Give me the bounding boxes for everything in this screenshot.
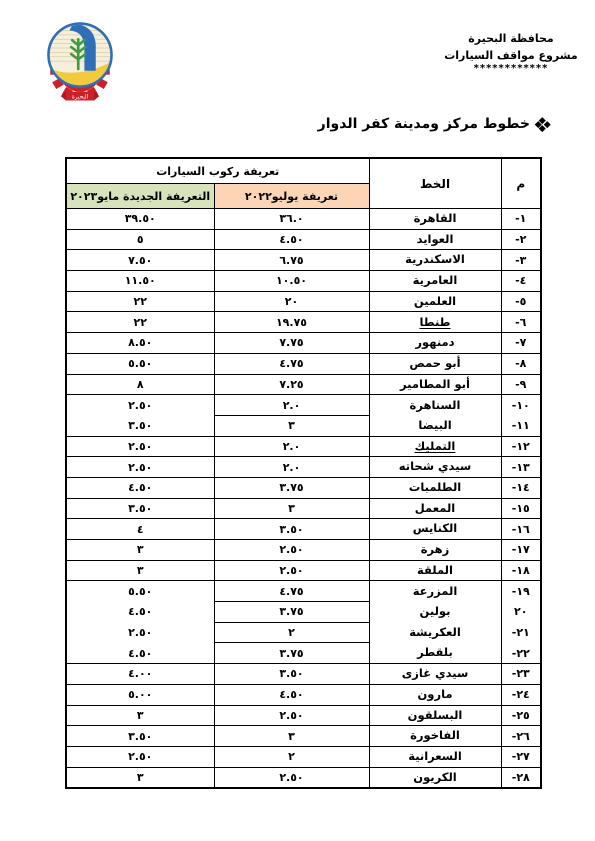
row-number-cell: -١٣ <box>501 457 541 478</box>
row-number-cell: -٧ <box>501 333 541 354</box>
may-tariff-cell: ٣ <box>66 540 214 561</box>
july-tariff-cell: ٣.٧٥ <box>214 602 369 623</box>
may-tariff-cell: ٣.٥٠ <box>66 415 214 436</box>
line-name-cell: الاسكندرية <box>369 250 501 271</box>
document-title: خطوط مركز ومدينة كفر الدوار <box>318 116 548 132</box>
july-tariff-cell: ٢.٥٠ <box>214 540 369 561</box>
may-tariff-cell: ٥ <box>66 229 214 250</box>
table-row: -٣الاسكندرية٦.٧٥٧.٥٠ <box>66 250 541 271</box>
line-name-cell: الكنايس <box>369 519 501 540</box>
may-tariff-cell: ٨.٥٠ <box>66 333 214 354</box>
july-tariff-cell: ٢.٠ <box>214 436 369 457</box>
row-number-cell: -٤ <box>501 271 541 292</box>
july-tariff-cell: ٢ <box>214 746 369 767</box>
row-number-cell: -٣ <box>501 250 541 271</box>
logo-ribbon-text: البحيرة <box>72 94 89 100</box>
table-row: -١القاهرة٣٦.٠٣٩.٥٠ <box>66 209 541 230</box>
line-name-cell: الكريون <box>369 767 501 788</box>
july-tariff-cell: ٣.٥٠ <box>214 664 369 685</box>
table-row: -٢٣سيدي غازى٣.٥٠٤.٠٠ <box>66 664 541 685</box>
table-row: -٢العوايد٤.٥٠٥ <box>66 229 541 250</box>
line-name-cell: الفاخورة <box>369 726 501 747</box>
may-tariff-cell: ٣٩.٥٠ <box>66 209 214 230</box>
may-tariff-cell: ٢.٥٠ <box>66 395 214 416</box>
table-row: -١٥المعمل٣٣.٥٠ <box>66 498 541 519</box>
line-name-cell: دمنهور <box>369 333 501 354</box>
row-number-cell: -١٠ <box>501 395 541 416</box>
may-tariff-cell: ٢.٥٠ <box>66 436 214 457</box>
tariff-table-container: م الخط تعريفة ركوب السيارات تعريفة يوليو… <box>65 157 542 789</box>
table-row: -٨أبو حمص٤.٧٥٥.٥٠ <box>66 353 541 374</box>
beheira-governorate-logo: البحيرة <box>36 20 124 104</box>
july-tariff-cell: ٢.٠ <box>214 457 369 478</box>
row-number-cell: -٢٧ <box>501 746 541 767</box>
july-tariff-cell: ١٠.٥٠ <box>214 271 369 292</box>
july-tariff-cell: ٣ <box>214 415 369 436</box>
title-text: خطوط مركز ومدينة كفر الدوار <box>318 116 530 132</box>
table-row: -٢٤مارون٤.٥٠٥.٠٠ <box>66 684 541 705</box>
logo-ribbon: البحيرة <box>61 92 100 101</box>
may-tariff-cell: ٨ <box>66 374 214 395</box>
may-tariff-cell: ٤.٥٠ <box>66 602 214 623</box>
may-tariff-cell: ٧.٥٠ <box>66 250 214 271</box>
july-tariff-cell: ٤.٥٠ <box>214 229 369 250</box>
governorate-name: محافظة البحيرة <box>441 30 581 47</box>
col-header-number: م <box>501 158 541 209</box>
july-tariff-cell: ١٩.٧٥ <box>214 312 369 333</box>
table-row: -٥العلمين٢٠٢٢ <box>66 291 541 312</box>
line-name-cell: البسلقون <box>369 705 501 726</box>
may-tariff-cell: ١١.٥٠ <box>66 271 214 292</box>
table-row: -٩أبو المطامير٧.٢٥٨ <box>66 374 541 395</box>
july-tariff-cell: ٣.٧٥ <box>214 643 369 664</box>
may-tariff-cell: ٤ <box>66 519 214 540</box>
may-tariff-cell: ٣.٥٠ <box>66 726 214 747</box>
table-row: -٧دمنهور٧.٧٥٨.٥٠ <box>66 333 541 354</box>
table-row: -١٣سيدي شحاته٢.٠٢.٥٠ <box>66 457 541 478</box>
table-row: -٢٢بلقطر٣.٧٥٤.٥٠ <box>66 643 541 664</box>
may-tariff-cell: ٢.٥٠ <box>66 746 214 767</box>
line-name-cell: طنطا <box>369 312 501 333</box>
line-name-cell: العلمين <box>369 291 501 312</box>
table-row: ٢٠بولين٣.٧٥٤.٥٠ <box>66 602 541 623</box>
table-row: -٢٦الفاخورة٣٣.٥٠ <box>66 726 541 747</box>
july-tariff-cell: ٧.٢٥ <box>214 374 369 395</box>
row-number-cell: -٢ <box>501 229 541 250</box>
org-header: محافظة البحيرة مشروع مواقف السيارات ****… <box>441 30 581 74</box>
line-name-cell: العامرية <box>369 271 501 292</box>
row-number-cell: -١٩ <box>501 581 541 602</box>
stars-divider: ************ <box>441 64 581 74</box>
line-name-cell: سيدي شحاته <box>369 457 501 478</box>
table-row: -١٨الملقة٢.٥٠٣ <box>66 560 541 581</box>
line-name-cell: سيدي غازى <box>369 664 501 685</box>
row-number-cell: -١٦ <box>501 519 541 540</box>
july-tariff-cell: ٣ <box>214 726 369 747</box>
row-number-cell: -١٢ <box>501 436 541 457</box>
line-name-cell: السناهرة <box>369 395 501 416</box>
line-name-cell: أبو المطامير <box>369 374 501 395</box>
july-tariff-cell: ٣ <box>214 498 369 519</box>
row-number-cell: -٢٣ <box>501 664 541 685</box>
may-tariff-cell: ٤.٠٠ <box>66 664 214 685</box>
july-tariff-cell: ٣٦.٠ <box>214 209 369 230</box>
table-row: -٢٥البسلقون٢.٥٠٣ <box>66 705 541 726</box>
row-number-cell: -١١ <box>501 415 541 436</box>
row-number-cell: -٢٢ <box>501 643 541 664</box>
line-name-cell: بلقطر <box>369 643 501 664</box>
may-tariff-cell: ٣ <box>66 767 214 788</box>
may-tariff-cell: ٢.٥٠ <box>66 457 214 478</box>
table-row: -١١البيضا٣٣.٥٠ <box>66 415 541 436</box>
table-row: -١٩المزرعة٤.٧٥٥.٥٠ <box>66 581 541 602</box>
july-tariff-cell: ٢٠ <box>214 291 369 312</box>
may-tariff-cell: ٣ <box>66 560 214 581</box>
table-row: -١٠السناهرة٢.٠٢.٥٠ <box>66 395 541 416</box>
july-tariff-cell: ٣.٧٥ <box>214 477 369 498</box>
row-number-cell: -٩ <box>501 374 541 395</box>
july-tariff-cell: ٢.٠ <box>214 395 369 416</box>
tariff-group-header: تعريفة ركوب السيارات <box>66 158 369 184</box>
row-number-cell: ٢٠ <box>501 602 541 623</box>
row-number-cell: -٢٤ <box>501 684 541 705</box>
table-row: -٢٧السعرانية٢٢.٥٠ <box>66 746 541 767</box>
table-row: -٢٨الكريون٢.٥٠٣ <box>66 767 541 788</box>
may-tariff-cell: ٣.٥٠ <box>66 498 214 519</box>
project-name: مشروع مواقف السيارات <box>441 47 581 64</box>
row-number-cell: -١٥ <box>501 498 541 519</box>
line-name-cell: العكريشة <box>369 622 501 643</box>
tariff-table: م الخط تعريفة ركوب السيارات تعريفة يوليو… <box>65 157 542 789</box>
line-name-cell: مارون <box>369 684 501 705</box>
document-page: البحيرة محافظة البحيرة مشروع مواقف السيا… <box>0 0 595 841</box>
line-name-cell: التمليك <box>369 436 501 457</box>
line-name-cell: أبو حمص <box>369 353 501 374</box>
may-tariff-cell: ٤.٥٠ <box>66 477 214 498</box>
may-tariff-cell: ٤.٥٠ <box>66 643 214 664</box>
may-header-cell: التعريفة الجديدة مايو٢٠٢٣ <box>66 184 214 209</box>
may-tariff-cell: ٢.٥٠ <box>66 622 214 643</box>
line-name-cell: العوايد <box>369 229 501 250</box>
line-name-cell: المعمل <box>369 498 501 519</box>
july-tariff-cell: ٤.٧٥ <box>214 581 369 602</box>
line-name-cell: البيضا <box>369 415 501 436</box>
line-name-cell: القاهرة <box>369 209 501 230</box>
table-row: -١٧زهرة٢.٥٠٣ <box>66 540 541 561</box>
row-number-cell: -١٨ <box>501 560 541 581</box>
may-tariff-cell: ٥.٥٠ <box>66 581 214 602</box>
tariff-table-body: -١القاهرة٣٦.٠٣٩.٥٠-٢العوايد٤.٥٠٥-٣الاسكن… <box>66 209 541 789</box>
row-number-cell: -٢٨ <box>501 767 541 788</box>
table-row: -١٦الكنايس٣.٥٠٤ <box>66 519 541 540</box>
table-row: -١٤الطلمبات٣.٧٥٤.٥٠ <box>66 477 541 498</box>
line-name-cell: زهرة <box>369 540 501 561</box>
row-number-cell: -١ <box>501 209 541 230</box>
row-number-cell: -٢٦ <box>501 726 541 747</box>
row-number-cell: -٢١ <box>501 622 541 643</box>
may-tariff-cell: ٣ <box>66 705 214 726</box>
july-tariff-cell: ٢.٥٠ <box>214 560 369 581</box>
line-name-cell: الملقة <box>369 560 501 581</box>
line-name-cell: بولين <box>369 602 501 623</box>
line-name-cell: المزرعة <box>369 581 501 602</box>
july-tariff-cell: ٦.٧٥ <box>214 250 369 271</box>
may-tariff-cell: ٢٢ <box>66 291 214 312</box>
july-tariff-cell: ٤.٥٠ <box>214 684 369 705</box>
col-header-line: الخط <box>369 158 501 209</box>
july-tariff-cell: ٣.٥٠ <box>214 519 369 540</box>
may-tariff-cell: ٥.٥٠ <box>66 353 214 374</box>
may-tariff-cell: ٢٢ <box>66 312 214 333</box>
table-row: -٢١العكريشة٢٢.٥٠ <box>66 622 541 643</box>
line-name-cell: الطلمبات <box>369 477 501 498</box>
july-tariff-cell: ٤.٧٥ <box>214 353 369 374</box>
july-tariff-cell: ٢.٥٠ <box>214 705 369 726</box>
row-number-cell: -٥ <box>501 291 541 312</box>
july-tariff-cell: ٢ <box>214 622 369 643</box>
line-name-cell: السعرانية <box>369 746 501 767</box>
table-row: -١٢التمليك٢.٠٢.٥٠ <box>66 436 541 457</box>
row-number-cell: -٢٥ <box>501 705 541 726</box>
july-header-cell: تعريفة يوليو٢٠٢٢ <box>214 184 369 209</box>
row-number-cell: -٦ <box>501 312 541 333</box>
row-number-cell: -١٤ <box>501 477 541 498</box>
four-diamond-bullet-icon <box>537 119 548 130</box>
table-row: -٦طنطا١٩.٧٥٢٢ <box>66 312 541 333</box>
row-number-cell: -٨ <box>501 353 541 374</box>
july-tariff-cell: ٢.٥٠ <box>214 767 369 788</box>
may-tariff-cell: ٥.٠٠ <box>66 684 214 705</box>
july-tariff-cell: ٧.٧٥ <box>214 333 369 354</box>
row-number-cell: -١٧ <box>501 540 541 561</box>
table-row: -٤العامرية١٠.٥٠١١.٥٠ <box>66 271 541 292</box>
